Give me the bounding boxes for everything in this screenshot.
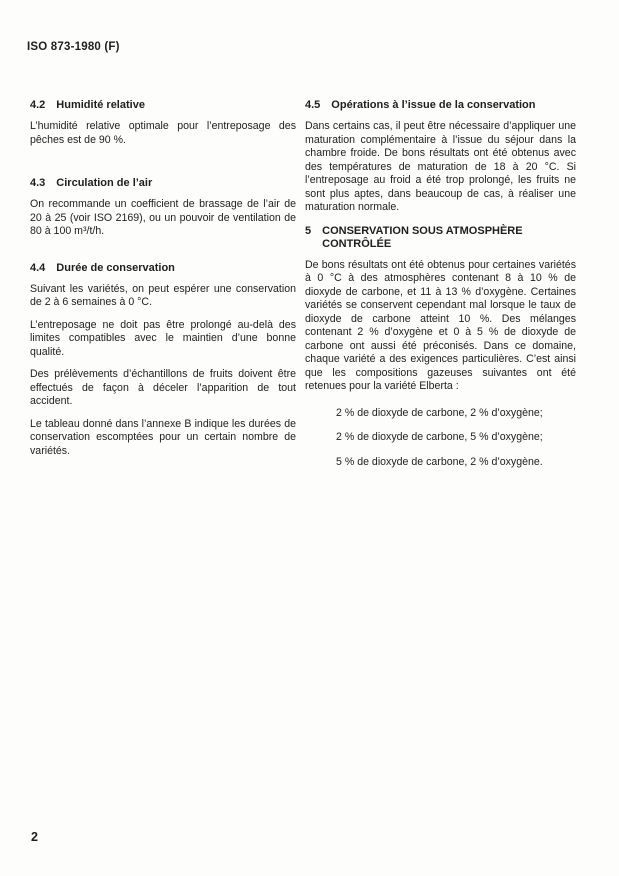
paragraph: Des prélèvements d’échantillons de fruit… (30, 368, 296, 409)
section-title: Opérations à l’issue de la conservation (331, 99, 535, 112)
section-4-5-heading: 4.5 Opérations à l’issue de la conservat… (305, 99, 576, 112)
section-number: 5 (305, 225, 311, 251)
section-4-3: 4.3 Circulation de l’air On recommande u… (30, 177, 296, 239)
paragraph: L’entreposage ne doit pas être prolongé … (30, 319, 296, 360)
section-4-4: 4.4 Durée de conservation Suivant les va… (30, 262, 296, 459)
document-page: ISO 873-1980 (F) 4.2 Humidité relative L… (0, 0, 619, 876)
paragraph: Le tableau donné dans l’annexe B indique… (30, 418, 296, 459)
section-number: 4.3 (30, 177, 45, 190)
section-5: 5 CONSERVATION SOUS ATMOSPHÈRE CONTRÔLÉE… (305, 225, 576, 470)
paragraph: L’humidité relative optimale pour l’entr… (30, 120, 296, 147)
paragraph: On recommande un coefficient de brassage… (30, 198, 296, 239)
section-4-2-heading: 4.2 Humidité relative (30, 99, 296, 112)
gas-composition-list: 2 % de dioxyde de carbone, 2 % d’oxygène… (336, 407, 576, 470)
section-4-4-heading: 4.4 Durée de conservation (30, 262, 296, 275)
section-5-heading: 5 CONSERVATION SOUS ATMOSPHÈRE CONTRÔLÉE (305, 225, 576, 251)
document-reference-header: ISO 873-1980 (F) (27, 41, 120, 53)
paragraph: Suivant les variétés, on peut espérer un… (30, 283, 296, 310)
section-title: Humidité relative (56, 99, 145, 112)
section-title: CONSERVATION SOUS ATMOSPHÈRE CONTRÔLÉE (322, 225, 576, 251)
list-item: 5 % de dioxyde de carbone, 2 % d’oxygène… (336, 456, 576, 470)
section-number: 4.2 (30, 99, 45, 112)
paragraph: Dans certains cas, il peut être nécessai… (305, 120, 576, 215)
section-4-5: 4.5 Opérations à l’issue de la conservat… (305, 99, 576, 215)
section-title: Circulation de l’air (56, 177, 152, 190)
two-column-body: 4.2 Humidité relative L’humidité relativ… (30, 99, 576, 480)
section-title: Durée de conservation (56, 262, 175, 275)
section-4-3-heading: 4.3 Circulation de l’air (30, 177, 296, 190)
list-item: 2 % de dioxyde de carbone, 5 % d’oxygène… (336, 431, 576, 445)
section-number: 4.5 (305, 99, 320, 112)
list-item: 2 % de dioxyde de carbone, 2 % d’oxygène… (336, 407, 576, 421)
page-number: 2 (31, 830, 38, 844)
paragraph: De bons résultats ont été obtenus pour c… (305, 259, 576, 394)
right-column: 4.5 Opérations à l’issue de la conservat… (305, 99, 576, 480)
section-number: 4.4 (30, 262, 45, 275)
left-column: 4.2 Humidité relative L’humidité relativ… (30, 99, 296, 480)
section-4-2: 4.2 Humidité relative L’humidité relativ… (30, 99, 296, 147)
